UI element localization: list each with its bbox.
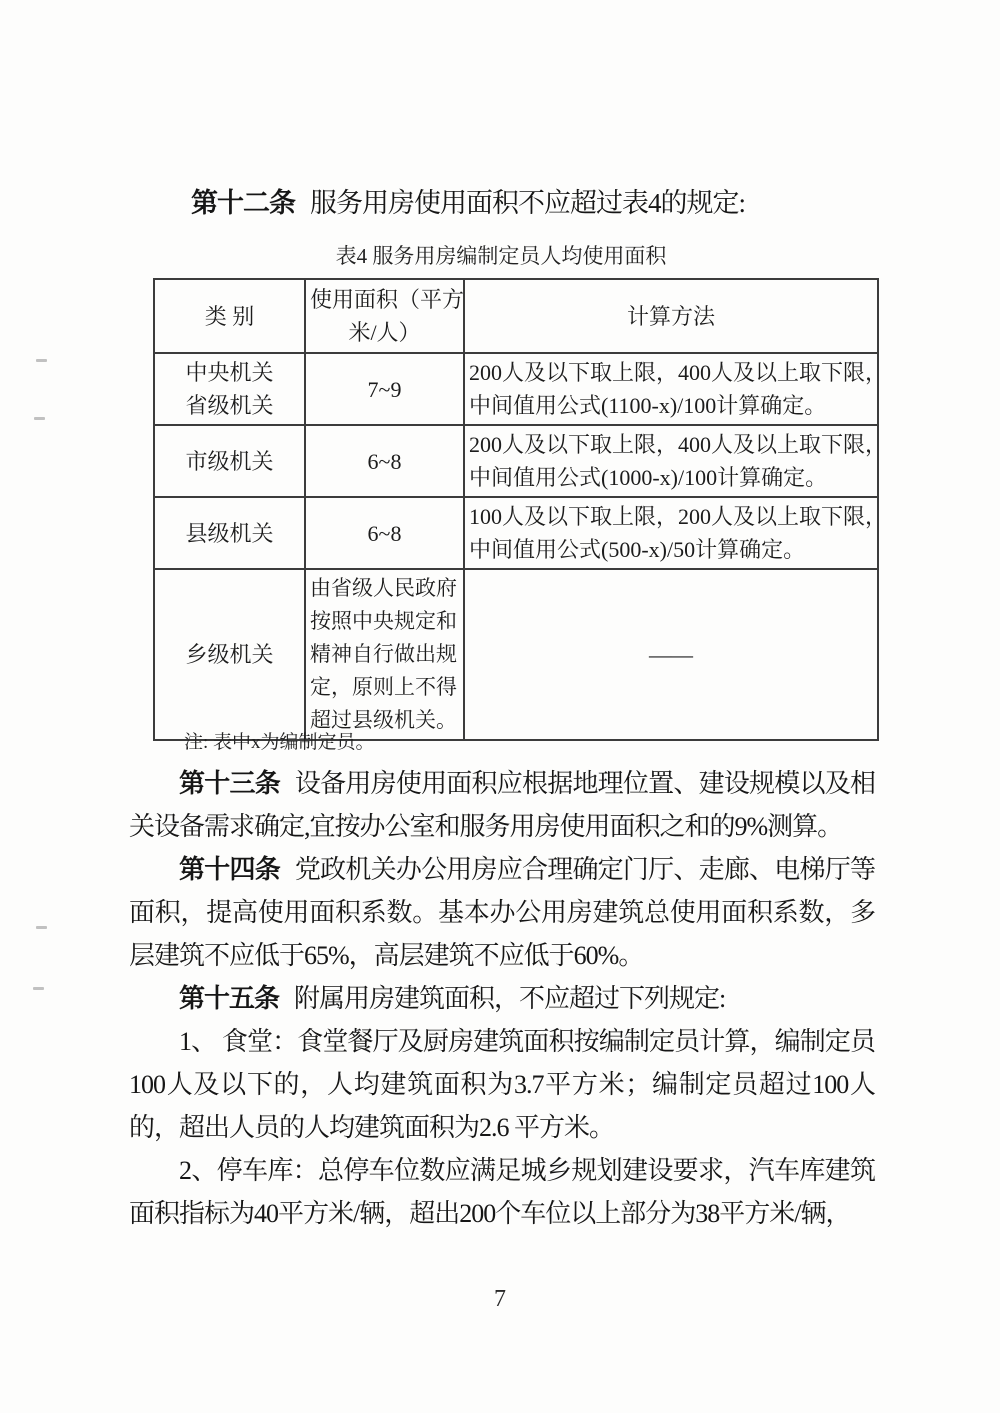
list-item-parking: 2、停车库：总停车位数应满足城乡规划建设要求，汽车库建筑面积指标为40平方米/辆… [129, 1149, 875, 1235]
article-13-number: 第十三条 [179, 769, 280, 798]
table-caption: 表4 服务用房编制定员人均使用面积 [131, 240, 871, 270]
article-12-heading: 第十二条服务用房使用面积不应超过表4的规定: [131, 181, 911, 220]
table-4: 类 别 使用面积（平方 米/人） 计算方法 中央机关 省级机关 [153, 278, 879, 741]
table-header-row: 类 别 使用面积（平方 米/人） 计算方法 [154, 279, 878, 353]
cell-method: 200人及以下取上限，400人及以上取下限， 中间值用公式(1100-x)/10… [464, 353, 878, 425]
table-row-township: 乡级机关 由省级人民政府 按照中央规定和 精神自行做出规 定，原则上不得 超过县… [154, 569, 878, 740]
article-15-number: 第十五条 [179, 984, 279, 1013]
cell-category: 乡级机关 [154, 569, 305, 740]
cell-method: 100人及以下取上限，200人及以上取下限， 中间值用公式(500-x)/50计… [464, 497, 878, 569]
header-category: 类 别 [154, 279, 305, 353]
cell-category: 中央机关 省级机关 [154, 353, 305, 425]
cell-method: 200人及以下取上限，400人及以上取下限， 中间值用公式(1000-x)/10… [464, 425, 878, 497]
cell-method: —— [464, 569, 878, 740]
scan-artifact-dash [34, 417, 45, 420]
cell-area: 6~8 [305, 497, 464, 569]
header-usable-area: 使用面积（平方 米/人） [305, 279, 464, 353]
cell-category: 市级机关 [154, 425, 305, 497]
table-row-central-provincial: 中央机关 省级机关 7~9 200人及以下取上限，400人及以上取下限， 中间值… [154, 353, 878, 425]
article-12-text: 服务用房使用面积不应超过表4的规定: [310, 188, 745, 218]
cell-area: 由省级人民政府 按照中央规定和 精神自行做出规 定，原则上不得 超过县级机关。 [305, 569, 464, 740]
cell-area: 7~9 [305, 353, 464, 425]
cell-category: 县级机关 [154, 497, 305, 569]
scan-artifact-dash [33, 987, 44, 990]
article-15-text: 附属用房建筑面积，不应超过下列规定: [294, 984, 725, 1013]
table-row-county: 县级机关 6~8 100人及以下取上限，200人及以上取下限， 中间值用公式(5… [154, 497, 878, 569]
table-row-municipal: 市级机关 6~8 200人及以下取上限，400人及以上取下限， 中间值用公式(1… [154, 425, 878, 497]
article-14-paragraph: 第十四条党政机关办公用房应合理确定门厅、走廊、电梯厅等面积，提高使用面积系数。基… [129, 848, 875, 977]
scan-artifact-dash [36, 926, 47, 929]
scan-artifact-dash [36, 359, 47, 362]
article-15-paragraph: 第十五条附属用房建筑面积，不应超过下列规定: [129, 977, 875, 1020]
table-4-container: 类 别 使用面积（平方 米/人） 计算方法 中央机关 省级机关 [153, 278, 877, 741]
list-item-canteen: 1、 食堂：食堂餐厅及厨房建筑面积按编制定员计算，编制定员100人及以下的，人均… [129, 1020, 875, 1149]
article-12-number: 第十二条 [191, 188, 295, 218]
body-text: 第十三条设备用房使用面积应根据地理位置、建设规模以及相关设备需求确定,宜按办公室… [129, 762, 875, 1235]
page-number: 7 [0, 1286, 1000, 1313]
table-note: 注: 表中x为编制定员。 [184, 727, 375, 754]
header-calculation-method: 计算方法 [464, 279, 878, 353]
article-14-number: 第十四条 [179, 855, 280, 884]
cell-area: 6~8 [305, 425, 464, 497]
document-page: 第十二条服务用房使用面积不应超过表4的规定: 表4 服务用房编制定员人均使用面积… [0, 0, 1000, 1413]
article-13-paragraph: 第十三条设备用房使用面积应根据地理位置、建设规模以及相关设备需求确定,宜按办公室… [129, 762, 875, 848]
